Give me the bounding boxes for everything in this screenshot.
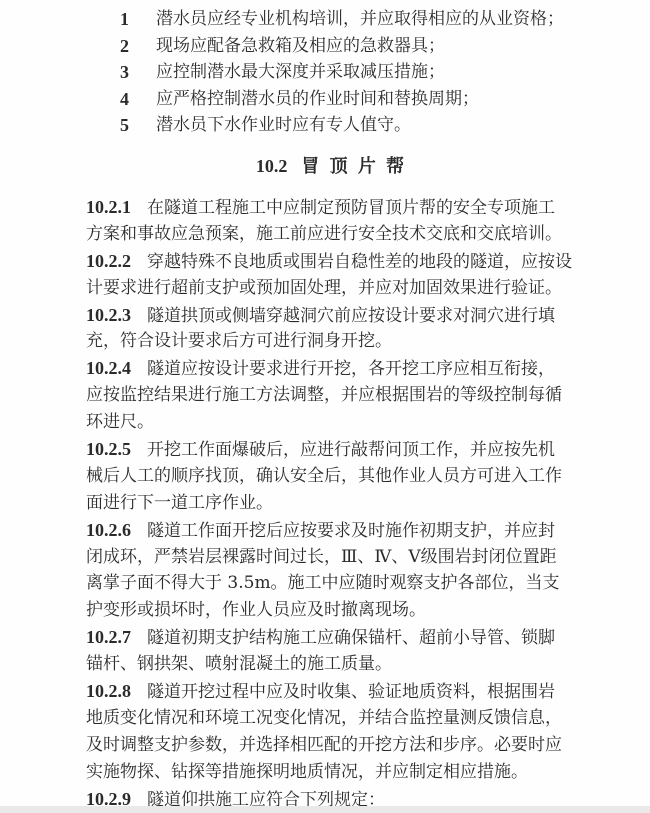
list-item-number: 1 <box>120 6 129 33</box>
clause-line: 10.2.2穿越特殊不良地质或围岩自稳性差的地段的隧道，应按设 <box>86 248 576 275</box>
clause-text: 隧道初期支护结构施工应确保锚杆、超前小导管、锁脚 <box>147 628 555 648</box>
list-item-text: 应控制潜水最大深度并采取减压措施； <box>156 62 445 82</box>
list-item-text: 应严格控制潜水员的作业时间和替换周期； <box>156 89 479 109</box>
clause-text: 隧道应按设计要求进行开挖，各开挖工序应相互衔接， <box>147 359 555 379</box>
clause-line: 10.2.6隧道工作面开挖后应按要求及时施作初期支护，并应封 <box>86 517 576 544</box>
list-item: 1潜水员应经专业机构培训，并应取得相应的从业资格； <box>86 6 576 33</box>
section-number: 10.2 <box>256 156 288 176</box>
clause-line: 护变形或损坏时，作业人员应及时撤离现场。 <box>86 597 576 624</box>
list-item: 5潜水员下水作业时应有专人值守。 <box>86 112 576 139</box>
clause-number: 10.2.5 <box>86 439 131 459</box>
clause-text: 开挖工作面爆破后，应进行敲帮问顶工作，并应按先机 <box>147 440 555 460</box>
clause-line: 10.2.5开挖工作面爆破后，应进行敲帮问顶工作，并应按先机 <box>86 436 576 463</box>
list-item-text: 潜水员应经专业机构培训，并应取得相应的从业资格； <box>156 9 564 29</box>
clause-text: 隧道拱顶或侧墙穿越洞穴前应按设计要求对洞穴进行填 <box>147 306 555 326</box>
list-item-number: 3 <box>120 59 129 86</box>
clause-number: 10.2.1 <box>86 197 131 217</box>
clause-line: 10.2.1在隧道工程施工中应制定预防冒顶片帮的安全专项施工 <box>86 194 576 221</box>
clause-text: 穿越特殊不良地质或围岩自稳性差的地段的隧道，应按设 <box>147 252 572 272</box>
clause-10-2-6: 10.2.6隧道工作面开挖后应按要求及时施作初期支护，并应封 闭成环，严禁岩层裸… <box>86 517 576 625</box>
list-item-text: 潜水员下水作业时应有专人值守。 <box>156 115 411 135</box>
clause-number: 10.2.4 <box>86 358 131 378</box>
clause-10-2-1: 10.2.1在隧道工程施工中应制定预防冒顶片帮的安全专项施工 方案和事故应急预案… <box>86 194 576 248</box>
clause-line: 离掌子面不得大于 3.5m。施工中应随时观察支护各部位，当支 <box>86 570 576 597</box>
clause-line: 面进行下一道工序作业。 <box>86 490 576 517</box>
clause-text: 隧道工作面开挖后应按要求及时施作初期支护，并应封 <box>147 521 555 541</box>
clause-line: 锚杆、钢拱架、喷射混凝土的施工质量。 <box>86 651 576 678</box>
list-item-text: 现场应配备急救箱及相应的急救器具； <box>156 36 445 56</box>
clause-10-2-3: 10.2.3隧道拱顶或侧墙穿越洞穴前应按设计要求对洞穴进行填 充，符合设计要求后… <box>86 302 576 356</box>
clause-line: 计要求进行超前支护或预加固处理，并应对加固效果进行验证。 <box>86 275 576 302</box>
page-content: 1潜水员应经专业机构培训，并应取得相应的从业资格； 2现场应配备急救箱及相应的急… <box>86 6 576 812</box>
clause-line: 实施物探、钻探等措施探明地质情况，并应制定相应措施。 <box>86 759 576 786</box>
section-heading: 10.2冒 顶 片 帮 <box>86 151 576 182</box>
clause-text: 在隧道工程施工中应制定预防冒顶片帮的安全专项施工 <box>147 198 555 218</box>
section-title: 冒 顶 片 帮 <box>301 156 406 177</box>
clause-line: 闭成环，严禁岩层裸露时间过长，Ⅲ、Ⅳ、Ⅴ级围岩封闭位置距 <box>86 544 576 571</box>
list-item-number: 5 <box>120 112 129 139</box>
clause-10-2-8: 10.2.8隧道开挖过程中应及时收集、验证地质资料，根据围岩 地质变化情况和环境… <box>86 678 576 786</box>
page-bottom-edge <box>0 806 650 813</box>
list-item: 3应控制潜水最大深度并采取减压措施； <box>86 59 576 86</box>
clause-line: 充，符合设计要求后方可进行洞身开挖。 <box>86 328 576 355</box>
clause-number: 10.2.3 <box>86 305 131 325</box>
clause-number: 10.2.8 <box>86 681 131 701</box>
clause-line: 应按监控结果进行施工方法调整，并应根据围岩的等级控制每循 <box>86 382 576 409</box>
clause-line: 环进尺。 <box>86 409 576 436</box>
clause-number: 10.2.7 <box>86 627 131 647</box>
clause-line: 10.2.7隧道初期支护结构施工应确保锚杆、超前小导管、锁脚 <box>86 624 576 651</box>
clause-line: 10.2.3隧道拱顶或侧墙穿越洞穴前应按设计要求对洞穴进行填 <box>86 302 576 329</box>
clause-number: 10.2.6 <box>86 520 131 540</box>
clause-10-2-4: 10.2.4隧道应按设计要求进行开挖，各开挖工序应相互衔接， 应按监控结果进行施… <box>86 355 576 436</box>
list-item-number: 4 <box>120 86 129 113</box>
clause-number: 10.2.2 <box>86 251 131 271</box>
clause-10-2-2: 10.2.2穿越特殊不良地质或围岩自稳性差的地段的隧道，应按设 计要求进行超前支… <box>86 248 576 302</box>
list-item: 4应严格控制潜水员的作业时间和替换周期； <box>86 86 576 113</box>
clause-line: 方案和事故应急预案，施工前应进行安全技术交底和交底培训。 <box>86 221 576 248</box>
numbered-list: 1潜水员应经专业机构培训，并应取得相应的从业资格； 2现场应配备急救箱及相应的急… <box>86 6 576 139</box>
clause-line: 10.2.4隧道应按设计要求进行开挖，各开挖工序应相互衔接， <box>86 355 576 382</box>
list-item: 2现场应配备急救箱及相应的急救器具； <box>86 33 576 60</box>
clause-line: 地质变化情况和环境工况变化情况，并结合监控量测反馈信息， <box>86 705 576 732</box>
clause-10-2-7: 10.2.7隧道初期支护结构施工应确保锚杆、超前小导管、锁脚 锚杆、钢拱架、喷射… <box>86 624 576 678</box>
clause-line: 及时调整支护参数，并选择相匹配的开挖方法和步序。必要时应 <box>86 732 576 759</box>
list-item-number: 2 <box>120 33 129 60</box>
clause-line: 械后人工的顺序找顶，确认安全后，其他作业人员方可进入工作 <box>86 463 576 490</box>
clause-10-2-5: 10.2.5开挖工作面爆破后，应进行敲帮问顶工作，并应按先机 械后人工的顺序找顶… <box>86 436 576 517</box>
clause-line: 10.2.8隧道开挖过程中应及时收集、验证地质资料，根据围岩 <box>86 678 576 705</box>
clause-text: 隧道开挖过程中应及时收集、验证地质资料，根据围岩 <box>147 682 555 702</box>
clauses: 10.2.1在隧道工程施工中应制定预防冒顶片帮的安全专项施工 方案和事故应急预案… <box>86 194 576 812</box>
document-page: 1潜水员应经专业机构培训，并应取得相应的从业资格； 2现场应配备急救箱及相应的急… <box>0 0 650 806</box>
